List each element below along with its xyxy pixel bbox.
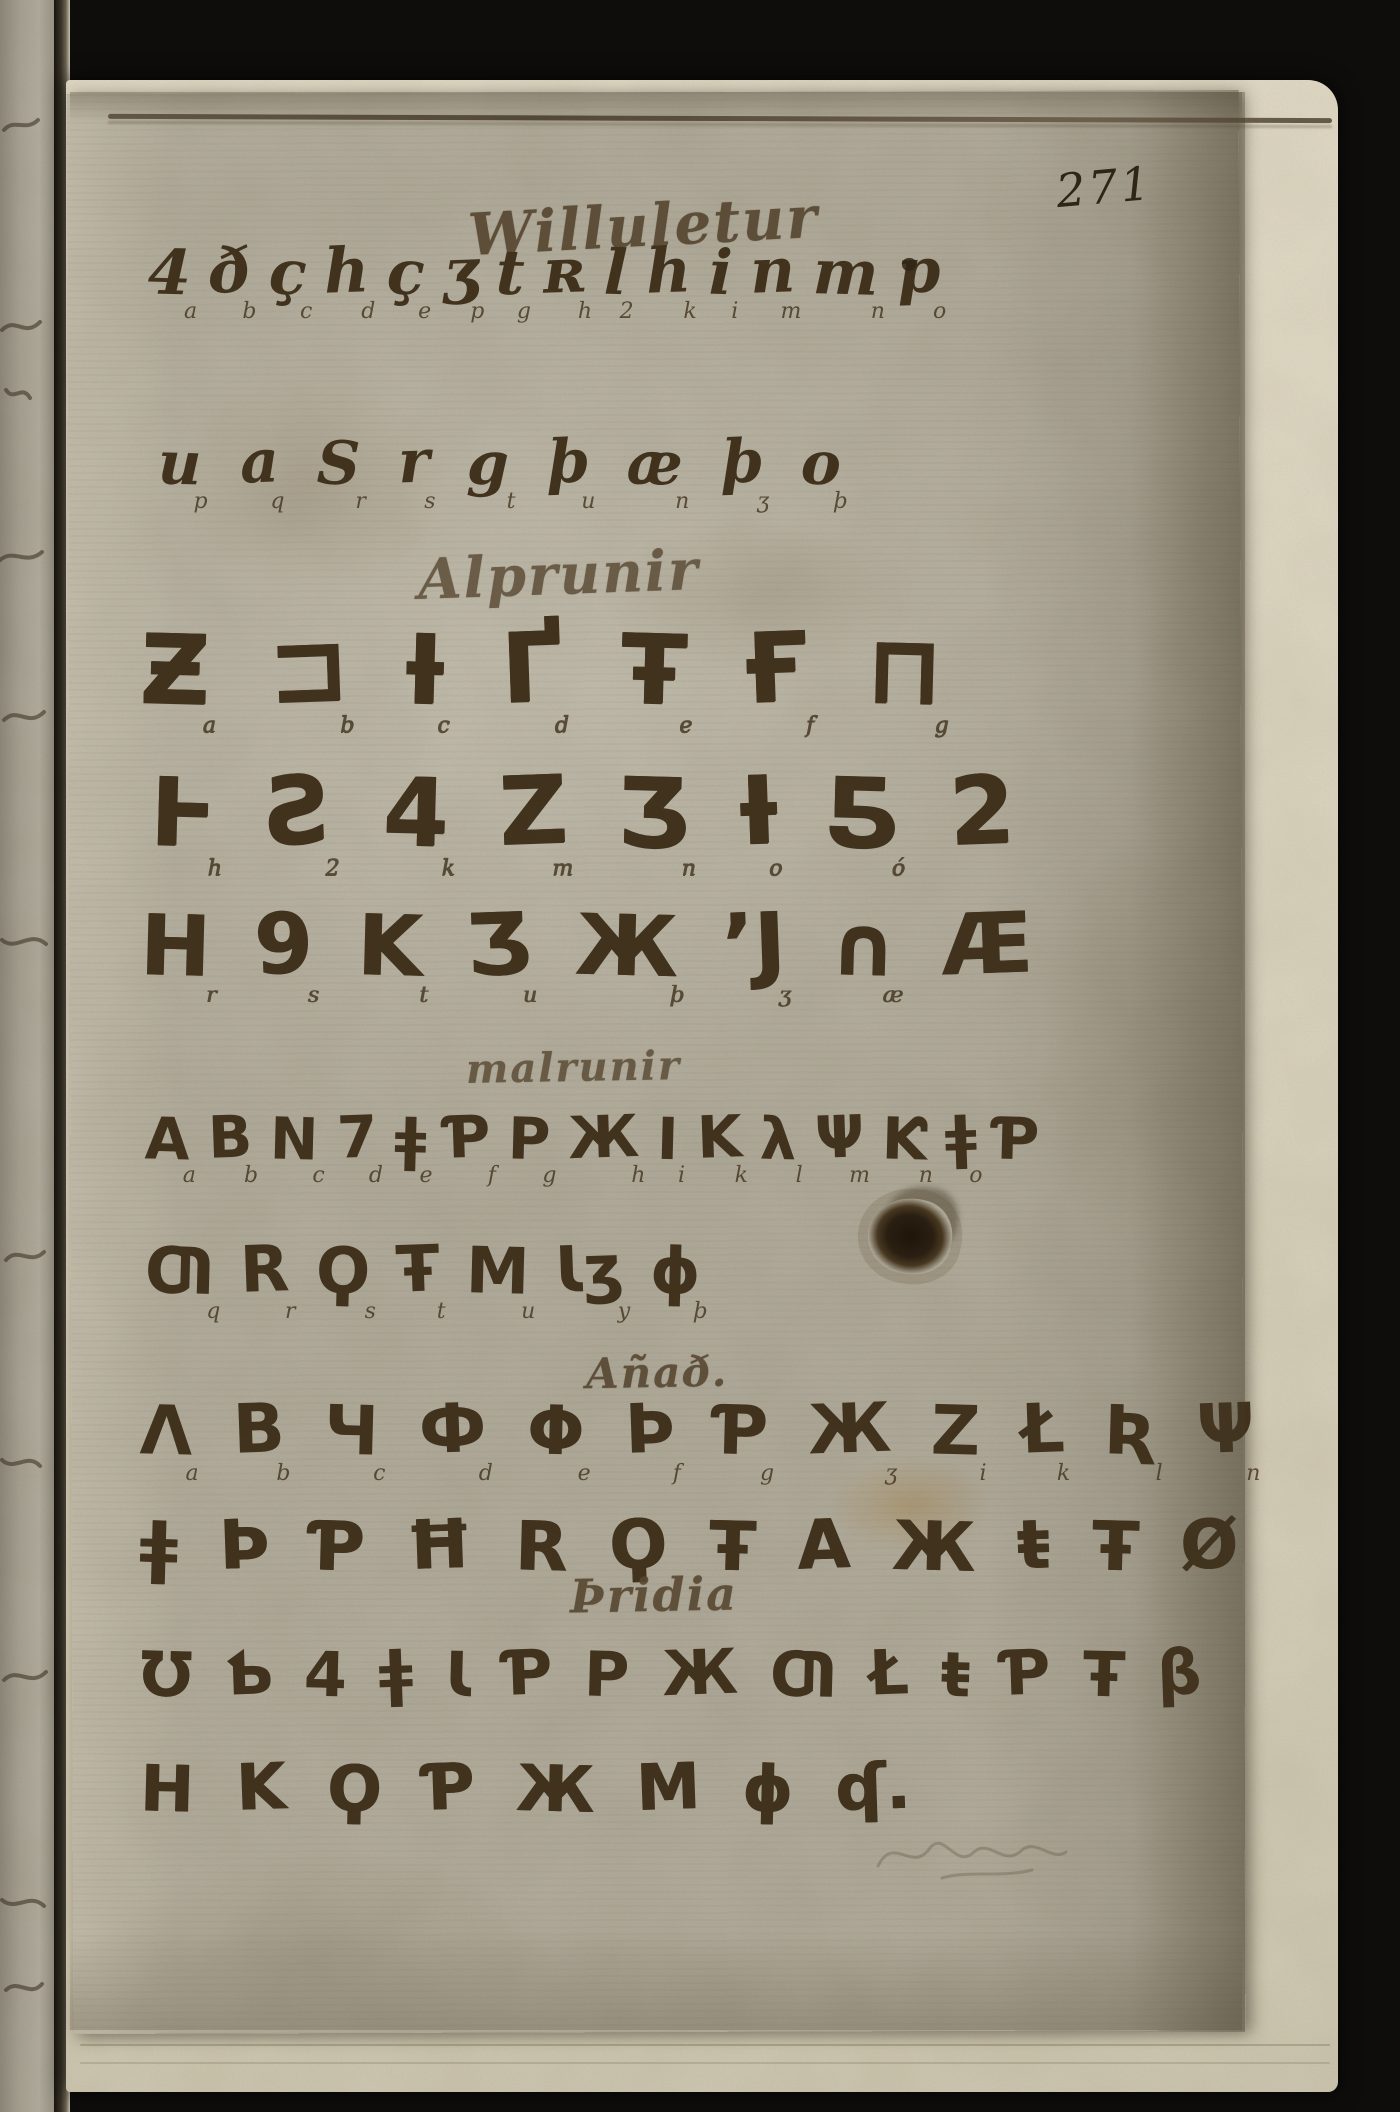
rune-key-letter: t xyxy=(437,1299,446,1324)
rune-key-letter: g xyxy=(542,1163,556,1188)
page-stack-edge xyxy=(80,2044,1330,2046)
rune-glyph: Ƶ xyxy=(139,621,211,719)
rune-letter: Ƨ2 xyxy=(266,765,334,859)
cipher-glyph: ʀ xyxy=(542,239,587,302)
rune-key-letter: n xyxy=(919,1163,933,1188)
rune-glyph: Ф xyxy=(418,1395,488,1465)
rune-glyph: Ψ xyxy=(814,1107,865,1167)
faint-signature-scribble xyxy=(872,1822,1072,1892)
rune-key-letter: a xyxy=(186,1461,199,1486)
rune-glyph: ŧ xyxy=(1016,1511,1051,1580)
rune-glyph: Ж xyxy=(661,1641,739,1706)
rune-key-letter: c xyxy=(312,1163,324,1188)
rune-letter: Ii xyxy=(657,1108,679,1166)
rune-glyph: ɸ xyxy=(741,1757,794,1822)
rune-glyph: Ƨ xyxy=(264,764,335,860)
cipher-glyph: S xyxy=(316,433,361,494)
rune-glyph: ŧ xyxy=(940,1644,971,1707)
rune-key-letter: u xyxy=(521,1299,535,1324)
rune-glyph: ǂ xyxy=(139,1514,178,1583)
cipher-key-letter: n xyxy=(871,299,885,324)
cipher-glyph: a xyxy=(239,431,280,492)
rune-letter: ʠ. xyxy=(835,1756,910,1820)
rune-glyph: Ϙ xyxy=(315,1239,371,1304)
rune-letter: Ŧt xyxy=(396,1238,440,1302)
rune-letter: Þ xyxy=(219,1512,269,1580)
cipher-letter: l2 xyxy=(604,240,628,302)
cipher-letter: þʒ xyxy=(721,432,763,492)
rune-glyph: ǂ xyxy=(378,1641,414,1704)
rune-letter: Kk xyxy=(697,1108,742,1166)
cipher-letter: çc xyxy=(269,240,307,302)
rune-letter: ɸþ xyxy=(650,1238,701,1302)
rune-glyph: Ʒ xyxy=(616,766,691,862)
rune-glyph: Ƥ xyxy=(310,1513,365,1582)
rune-glyph: Ƥ xyxy=(1001,1641,1052,1705)
rune-key-letter: b xyxy=(244,1163,258,1188)
rune-letter: ʼJʒ xyxy=(722,902,785,986)
rune-key-letter: ʒ xyxy=(885,1461,897,1486)
rune-glyph: Æ xyxy=(940,900,1034,987)
rune-key-letter: f xyxy=(806,713,814,738)
cipher-glyph: ç xyxy=(268,242,307,305)
rune-letter: Þf xyxy=(625,1396,675,1464)
rune-letter: Фd xyxy=(419,1396,486,1464)
rune-glyph: Ʒ xyxy=(464,901,532,987)
rune-letter: Ƥ xyxy=(311,1512,364,1580)
page-stack-edge xyxy=(80,2062,1330,2064)
rune-glyph: H xyxy=(139,903,211,989)
rune-key-letter: d xyxy=(554,713,568,738)
cipher-letter: mn xyxy=(813,240,879,302)
rune-letter: Ŧe xyxy=(621,620,686,716)
rune-glyph: B xyxy=(231,1395,285,1465)
rune-letter: ∩æ xyxy=(829,902,897,986)
rune-glyph: ǂ xyxy=(944,1107,978,1166)
rune-letter: Zi xyxy=(931,1396,980,1464)
rune-key-letter: n xyxy=(681,856,695,881)
rune-key-letter: æ xyxy=(882,983,903,1008)
rune-key-letter: q xyxy=(206,1299,220,1324)
cipher-glyph: n xyxy=(749,239,796,303)
rune-glyph: Ʊ xyxy=(139,1643,193,1706)
rune-letter: ǂ xyxy=(379,1642,413,1704)
rune-letter: Hr xyxy=(140,902,210,986)
rune-letter: Ƥ xyxy=(424,1756,474,1820)
rune-letter: Ґd xyxy=(501,620,562,716)
rune-letter: Ⱶh xyxy=(150,765,216,859)
alprunir-row-1: Ƶa⊐bƗcҐdŦeҒf⊓g xyxy=(140,620,942,716)
cipher-glyph: æ xyxy=(627,433,684,494)
cipher-letter: hd xyxy=(324,240,369,302)
rune-glyph: Ŧ xyxy=(395,1237,441,1302)
rune-letter: Ʊ xyxy=(140,1642,193,1704)
rune-glyph: K xyxy=(356,903,423,989)
rune-glyph: ʠ. xyxy=(833,1755,910,1822)
rune-key-letter: y xyxy=(618,1299,630,1324)
rune-letter: λl xyxy=(760,1108,797,1166)
rune-glyph: R xyxy=(514,1513,568,1582)
cipher-key-letter: h xyxy=(578,299,592,324)
rune-letter: Ɩ xyxy=(445,1642,472,1704)
rune-key-letter: a xyxy=(202,713,215,738)
rune-letter: Zm xyxy=(499,765,567,859)
rune-letter: Rr xyxy=(240,1238,289,1302)
rune-key-letter: g xyxy=(760,1461,774,1486)
rune-key-letter: i xyxy=(678,1163,685,1188)
rune-letter: Pg xyxy=(508,1108,551,1166)
rune-glyph: ⊐ xyxy=(266,619,350,718)
rune-glyph: Ϙ xyxy=(326,1757,382,1822)
rune-key-letter: s xyxy=(365,1299,376,1324)
rune-glyph: Ɨ xyxy=(738,764,778,859)
malrunir-row-1: AaBbNc7dǂeƤfPgЖhIiKkλlΨmƘnǂoƤ xyxy=(145,1108,1040,1166)
rune-glyph: A xyxy=(144,1109,190,1168)
cipher-key-letter: 2 xyxy=(620,299,634,324)
rune-glyph: Ɩʒ xyxy=(554,1237,625,1303)
cipher-glyph: þ xyxy=(546,431,590,492)
cipher-glyph: p xyxy=(896,239,941,302)
rune-glyph: Ł xyxy=(868,1641,910,1704)
rune-key-letter: s xyxy=(307,983,318,1008)
rune-glyph: Ƣ xyxy=(144,1239,215,1305)
rune-glyph: Ħ xyxy=(405,1511,474,1581)
cipher-glyph: l xyxy=(603,242,628,305)
rune-letter: Ж xyxy=(892,1512,975,1580)
rune-glyph: Ж xyxy=(567,1107,640,1167)
rune-glyph: Ƙ xyxy=(881,1109,927,1168)
rune-glyph: H xyxy=(139,1757,194,1822)
malrunir-row-2: ƢqRrϘsŦtMuƖʒyɸþ xyxy=(145,1238,701,1302)
rune-letter: Ƥg xyxy=(715,1396,768,1464)
cipher-glyph: o xyxy=(800,433,842,494)
cipher-letter: aq xyxy=(240,432,279,492)
rune-glyph: Ɩ xyxy=(444,1644,473,1707)
rune-glyph: Ƥ xyxy=(994,1109,1041,1168)
rune-letter: Ƥf xyxy=(445,1108,490,1166)
rune-letter: R xyxy=(515,1512,567,1580)
rune-glyph: Þ xyxy=(218,1511,271,1581)
cipher-glyph: þ xyxy=(720,431,764,492)
rune-glyph: P xyxy=(583,1643,630,1706)
rune-key-letter: o xyxy=(769,856,782,881)
rune-glyph: P xyxy=(507,1109,551,1168)
rune-key-letter: k xyxy=(1057,1461,1070,1486)
rune-glyph: 4 xyxy=(303,1643,348,1706)
rune-key-letter: e xyxy=(679,713,692,738)
rune-key-letter: a xyxy=(183,1163,196,1188)
rune-letter: Mu xyxy=(466,1238,530,1302)
rune-glyph: ʼJ xyxy=(720,901,786,987)
rune-glyph: N xyxy=(269,1109,319,1168)
rune-key-letter: r xyxy=(285,1299,296,1324)
cipher-key-letter: b xyxy=(242,299,256,324)
rune-key-letter: t xyxy=(419,983,428,1008)
villuletur-row-2: upaqSrrsgtþuænþʒoþ xyxy=(158,432,841,492)
facing-page-marginalia xyxy=(0,0,56,2112)
rune-glyph: ⊓ xyxy=(865,621,944,719)
rune-glyph: I xyxy=(657,1110,680,1169)
rune-letter: Чc xyxy=(324,1396,379,1464)
cipher-key-letter: m xyxy=(780,299,801,324)
rune-key-letter: e xyxy=(578,1461,591,1486)
page-curl-shadow xyxy=(1130,92,1245,2032)
rune-glyph: Ƥ xyxy=(422,1755,474,1821)
cipher-letter: gt xyxy=(467,432,509,492)
rune-letter: Bb xyxy=(208,1108,252,1166)
rune-key-letter: u xyxy=(523,983,537,1008)
cipher-key-letter: i xyxy=(731,299,738,324)
section-heading-alprunir: Alprunir xyxy=(417,537,701,613)
rune-glyph: Φ xyxy=(526,1397,586,1466)
cipher-key-letter: q xyxy=(270,489,284,514)
rune-letter: Æ xyxy=(941,902,1032,986)
rune-letter: Ϙs xyxy=(316,1238,370,1302)
rune-key-letter: d xyxy=(369,1163,383,1188)
rune-letter: Ƽó xyxy=(826,765,899,859)
rune-key-letter: r xyxy=(206,983,217,1008)
rune-letter: 9s xyxy=(254,902,312,986)
rune-key-letter: h xyxy=(631,1163,645,1188)
rune-letter: Ƥ xyxy=(504,1642,552,1704)
alprunir-row-3: Hr9sKtƷuЖþʼJʒ∩æÆ xyxy=(140,902,1032,986)
rune-glyph: Λ xyxy=(139,1397,193,1466)
rune-glyph: ɸ xyxy=(649,1239,702,1304)
rune-glyph: 2 xyxy=(947,764,1016,860)
rune-letter: K xyxy=(236,1756,286,1820)
page-bottom-shadow xyxy=(70,1930,1242,2030)
rune-key-letter: m xyxy=(552,856,573,881)
rune-key-letter: d xyxy=(479,1461,493,1486)
rune-letter: ⊐b xyxy=(268,620,348,716)
rune-key-letter: e xyxy=(420,1163,433,1188)
rune-glyph: Ж xyxy=(515,1757,595,1823)
rune-letter: ɸ xyxy=(742,1756,793,1820)
rune-glyph: Ж xyxy=(807,1395,893,1466)
cipher-key-letter: þ xyxy=(833,489,847,514)
rune-letter: Ϙ xyxy=(327,1756,381,1820)
rune-letter: 4 xyxy=(304,1642,347,1704)
rune-key-letter: h xyxy=(207,856,221,881)
facing-page-edge xyxy=(0,0,56,2112)
rune-glyph: M xyxy=(635,1755,701,1821)
rune-letter: Ƙn xyxy=(882,1108,927,1166)
rune-letter: Ƣ xyxy=(770,1642,837,1704)
cipher-letter: ʀh xyxy=(543,240,586,302)
rune-letter: 2 xyxy=(949,765,1014,859)
cipher-key-letter: n xyxy=(675,489,689,514)
rune-glyph: R xyxy=(239,1237,290,1303)
rune-glyph: Ƥ xyxy=(444,1107,491,1167)
rune-letter: 7d xyxy=(337,1108,377,1166)
manuscript-scan: { "page_number": "271", "title": "Willul… xyxy=(0,0,1400,2112)
cipher-key-letter: e xyxy=(418,299,431,324)
rune-glyph: ǂ xyxy=(394,1110,427,1169)
rune-glyph: Ƥ xyxy=(503,1641,554,1705)
rune-glyph: A xyxy=(796,1511,851,1581)
cipher-letter: æn xyxy=(627,432,683,492)
cipher-key-letter: c xyxy=(300,299,312,324)
rune-letter: A xyxy=(797,1512,850,1580)
rune-letter: Ɨc xyxy=(406,620,443,716)
rune-letter: Ŧ xyxy=(1083,1642,1125,1704)
rune-letter: Ʒu xyxy=(466,902,531,986)
cipher-glyph: h xyxy=(645,239,692,303)
cipher-letter: hk xyxy=(646,240,691,302)
rune-letter: Φe xyxy=(527,1396,585,1464)
rune-glyph: M xyxy=(465,1239,530,1305)
cipher-letter: ii xyxy=(709,240,733,302)
rune-letter: Ж xyxy=(516,1756,594,1820)
rune-glyph: Ƣ xyxy=(769,1643,838,1707)
cipher-letter: tg xyxy=(496,240,525,302)
cipher-key-letter: d xyxy=(361,299,375,324)
rune-key-letter: o xyxy=(969,1163,982,1188)
rune-key-letter: l xyxy=(796,1163,803,1188)
cipher-letter: oþ xyxy=(801,432,841,492)
rune-key-letter: b xyxy=(276,1461,290,1486)
rune-letter: Aa xyxy=(145,1108,190,1166)
rune-glyph: Ɨ xyxy=(405,622,445,719)
cipher-letter: ʒp xyxy=(443,240,478,302)
cipher-key-letter: u xyxy=(581,489,595,514)
rune-key-letter: c xyxy=(373,1461,385,1486)
cipher-key-letter: ʒ xyxy=(757,489,769,514)
cipher-letter: Sr xyxy=(317,432,360,492)
cipher-letter: ðb xyxy=(209,240,250,302)
cipher-key-letter: o xyxy=(933,299,946,324)
thridia-row-1: ƱƄ4ǂƖƤPЖƢŁŧƤŦβ xyxy=(140,1642,1201,1704)
rune-letter: P xyxy=(584,1642,629,1704)
rune-glyph: 7 xyxy=(336,1107,378,1166)
section-heading-thridia: Þridia xyxy=(570,1567,739,1624)
cipher-key-letter: s xyxy=(424,489,435,514)
rune-letter: ǂo xyxy=(945,1108,977,1166)
rune-key-letter: k xyxy=(735,1163,748,1188)
rune-letter: Ƶa xyxy=(140,620,210,716)
rune-glyph: Ч xyxy=(324,1397,381,1466)
rune-letter: ǂe xyxy=(395,1108,427,1166)
cipher-glyph: u xyxy=(157,433,202,494)
rune-glyph: Ł xyxy=(1019,1395,1065,1464)
rune-letter: ŧ xyxy=(941,1642,971,1704)
rune-letter: H xyxy=(140,1756,194,1820)
rune-letter: Ƅ xyxy=(225,1642,272,1704)
cipher-glyph: 4 xyxy=(147,241,192,304)
rune-glyph: Z xyxy=(497,764,568,860)
rune-glyph: Ж xyxy=(891,1513,976,1583)
rune-letter: Ƥ xyxy=(1002,1642,1050,1704)
rune-glyph: Þ xyxy=(624,1395,677,1465)
rune-key-letter: g xyxy=(934,713,948,738)
rune-key-letter: 2 xyxy=(325,856,339,881)
rune-glyph: K xyxy=(696,1107,743,1167)
rune-glyph: 4 xyxy=(382,766,450,862)
cipher-glyph: i xyxy=(708,242,733,305)
rune-letter: Ɨo xyxy=(740,765,777,859)
rune-key-letter: f xyxy=(488,1163,496,1188)
rune-key-letter: n xyxy=(1246,1461,1260,1486)
cipher-key-letter: p xyxy=(194,489,208,514)
anad-row-1: ΛaBbЧcФdΦeÞfƤgЖʒZiŁkƦlΨn xyxy=(140,1396,1254,1464)
rune-letter: Жþ xyxy=(575,902,678,986)
rune-glyph: Ғ xyxy=(742,619,809,717)
cipher-letter: po xyxy=(897,240,940,302)
rune-glyph: ∩ xyxy=(828,903,898,989)
thridia-row-2: HKϘƤЖMɸʠ. xyxy=(140,1756,910,1820)
rune-key-letter: k xyxy=(441,856,454,881)
rune-key-letter: c xyxy=(437,713,449,738)
rune-key-letter: i xyxy=(980,1461,987,1486)
rune-letter: Ɩʒy xyxy=(555,1238,624,1302)
rune-letter: Ʒn xyxy=(617,765,690,859)
rune-glyph: λ xyxy=(759,1110,797,1169)
rune-glyph: Ŧ xyxy=(1082,1643,1126,1706)
rune-glyph: 9 xyxy=(253,901,314,987)
rune-letter: ⊓g xyxy=(866,620,942,716)
rune-letter: Łk xyxy=(1021,1396,1065,1464)
villuletur-row-1: 4aðbçchdçeʒptgʀhl2hkiinmmnpo xyxy=(148,240,940,302)
cipher-key-letter: p xyxy=(470,299,484,324)
rune-letter: Λa xyxy=(140,1396,193,1464)
cipher-glyph: ç xyxy=(386,242,425,305)
rune-key-letter: m xyxy=(849,1163,870,1188)
cipher-letter: þu xyxy=(547,432,589,492)
cipher-key-letter: g xyxy=(517,299,531,324)
rune-glyph: K xyxy=(234,1755,286,1821)
rune-letter: M xyxy=(636,1756,700,1820)
rune-letter: Ħ xyxy=(406,1512,472,1580)
cipher-glyph: t xyxy=(495,242,525,305)
rune-glyph: B xyxy=(207,1107,253,1167)
rune-key-letter: b xyxy=(340,713,354,738)
cipher-glyph: r xyxy=(397,431,431,492)
cipher-key-letter: t xyxy=(507,489,516,514)
cipher-key-letter: k xyxy=(683,299,696,324)
rune-letter: 4k xyxy=(383,765,448,859)
cipher-key-letter: a xyxy=(184,299,197,324)
cipher-letter: rs xyxy=(398,432,430,492)
rune-letter: Жʒ xyxy=(808,1396,891,1464)
rune-letter: Ж xyxy=(662,1642,738,1704)
rune-letter: Ł xyxy=(869,1642,909,1704)
cipher-letter: 4a xyxy=(148,240,191,302)
cipher-glyph: h xyxy=(323,239,370,303)
rune-letter: Жh xyxy=(568,1108,639,1166)
rune-letter: Ғf xyxy=(744,620,808,716)
rune-glyph: Ⱶ xyxy=(149,766,217,862)
rune-glyph: Ƽ xyxy=(825,766,900,862)
rune-glyph: Ŧ xyxy=(619,621,687,719)
rune-letter: Nc xyxy=(270,1108,319,1166)
alprunir-row-2: ⱵhƧ24kZmƷnƗoƼó2 xyxy=(150,765,1014,859)
rune-key-letter: þ xyxy=(669,983,683,1008)
section-heading-malrunir: malrunir xyxy=(466,1042,682,1093)
cipher-glyph: m xyxy=(812,241,879,305)
rune-letter: Ƣq xyxy=(145,1238,214,1302)
rune-key-letter: ʒ xyxy=(778,983,790,1008)
rune-glyph: Z xyxy=(930,1397,981,1466)
cipher-letter: çe xyxy=(387,240,425,302)
cipher-letter: nm xyxy=(750,240,795,302)
rune-letter: Kt xyxy=(357,902,422,986)
rune-key-letter: ó xyxy=(891,856,904,881)
cipher-glyph: g xyxy=(467,433,511,494)
rune-letter: ǂ xyxy=(140,1512,177,1580)
rune-letter: Ψm xyxy=(815,1108,864,1166)
rune-glyph: Ґ xyxy=(500,619,564,717)
rune-glyph: Ƅ xyxy=(224,1641,273,1705)
